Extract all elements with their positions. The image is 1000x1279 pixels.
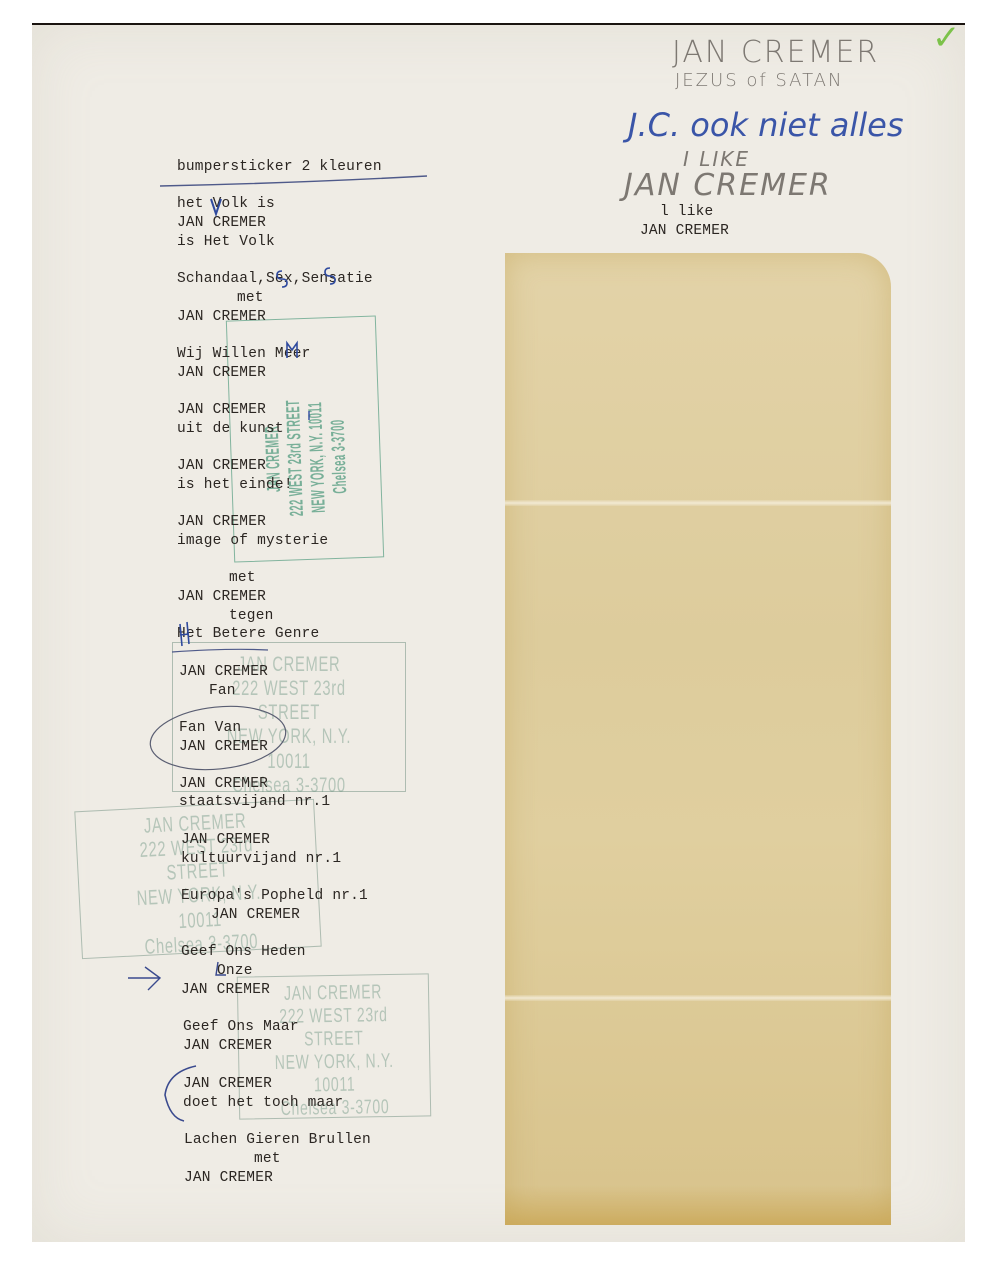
- bracket-mark: [165, 1066, 196, 1121]
- underline-mark: [160, 176, 427, 186]
- underline-mark: [172, 649, 268, 652]
- correction-mark: [180, 622, 189, 646]
- arrow-icon: [128, 967, 160, 990]
- correction-mark: [211, 199, 221, 214]
- circle-mark: [147, 700, 289, 776]
- ink-annotation-marks: [0, 0, 1000, 1279]
- bracket-mark: [216, 962, 226, 975]
- correction-mark: [277, 271, 287, 287]
- correction-mark: [325, 268, 335, 284]
- correction-mark: [287, 343, 297, 358]
